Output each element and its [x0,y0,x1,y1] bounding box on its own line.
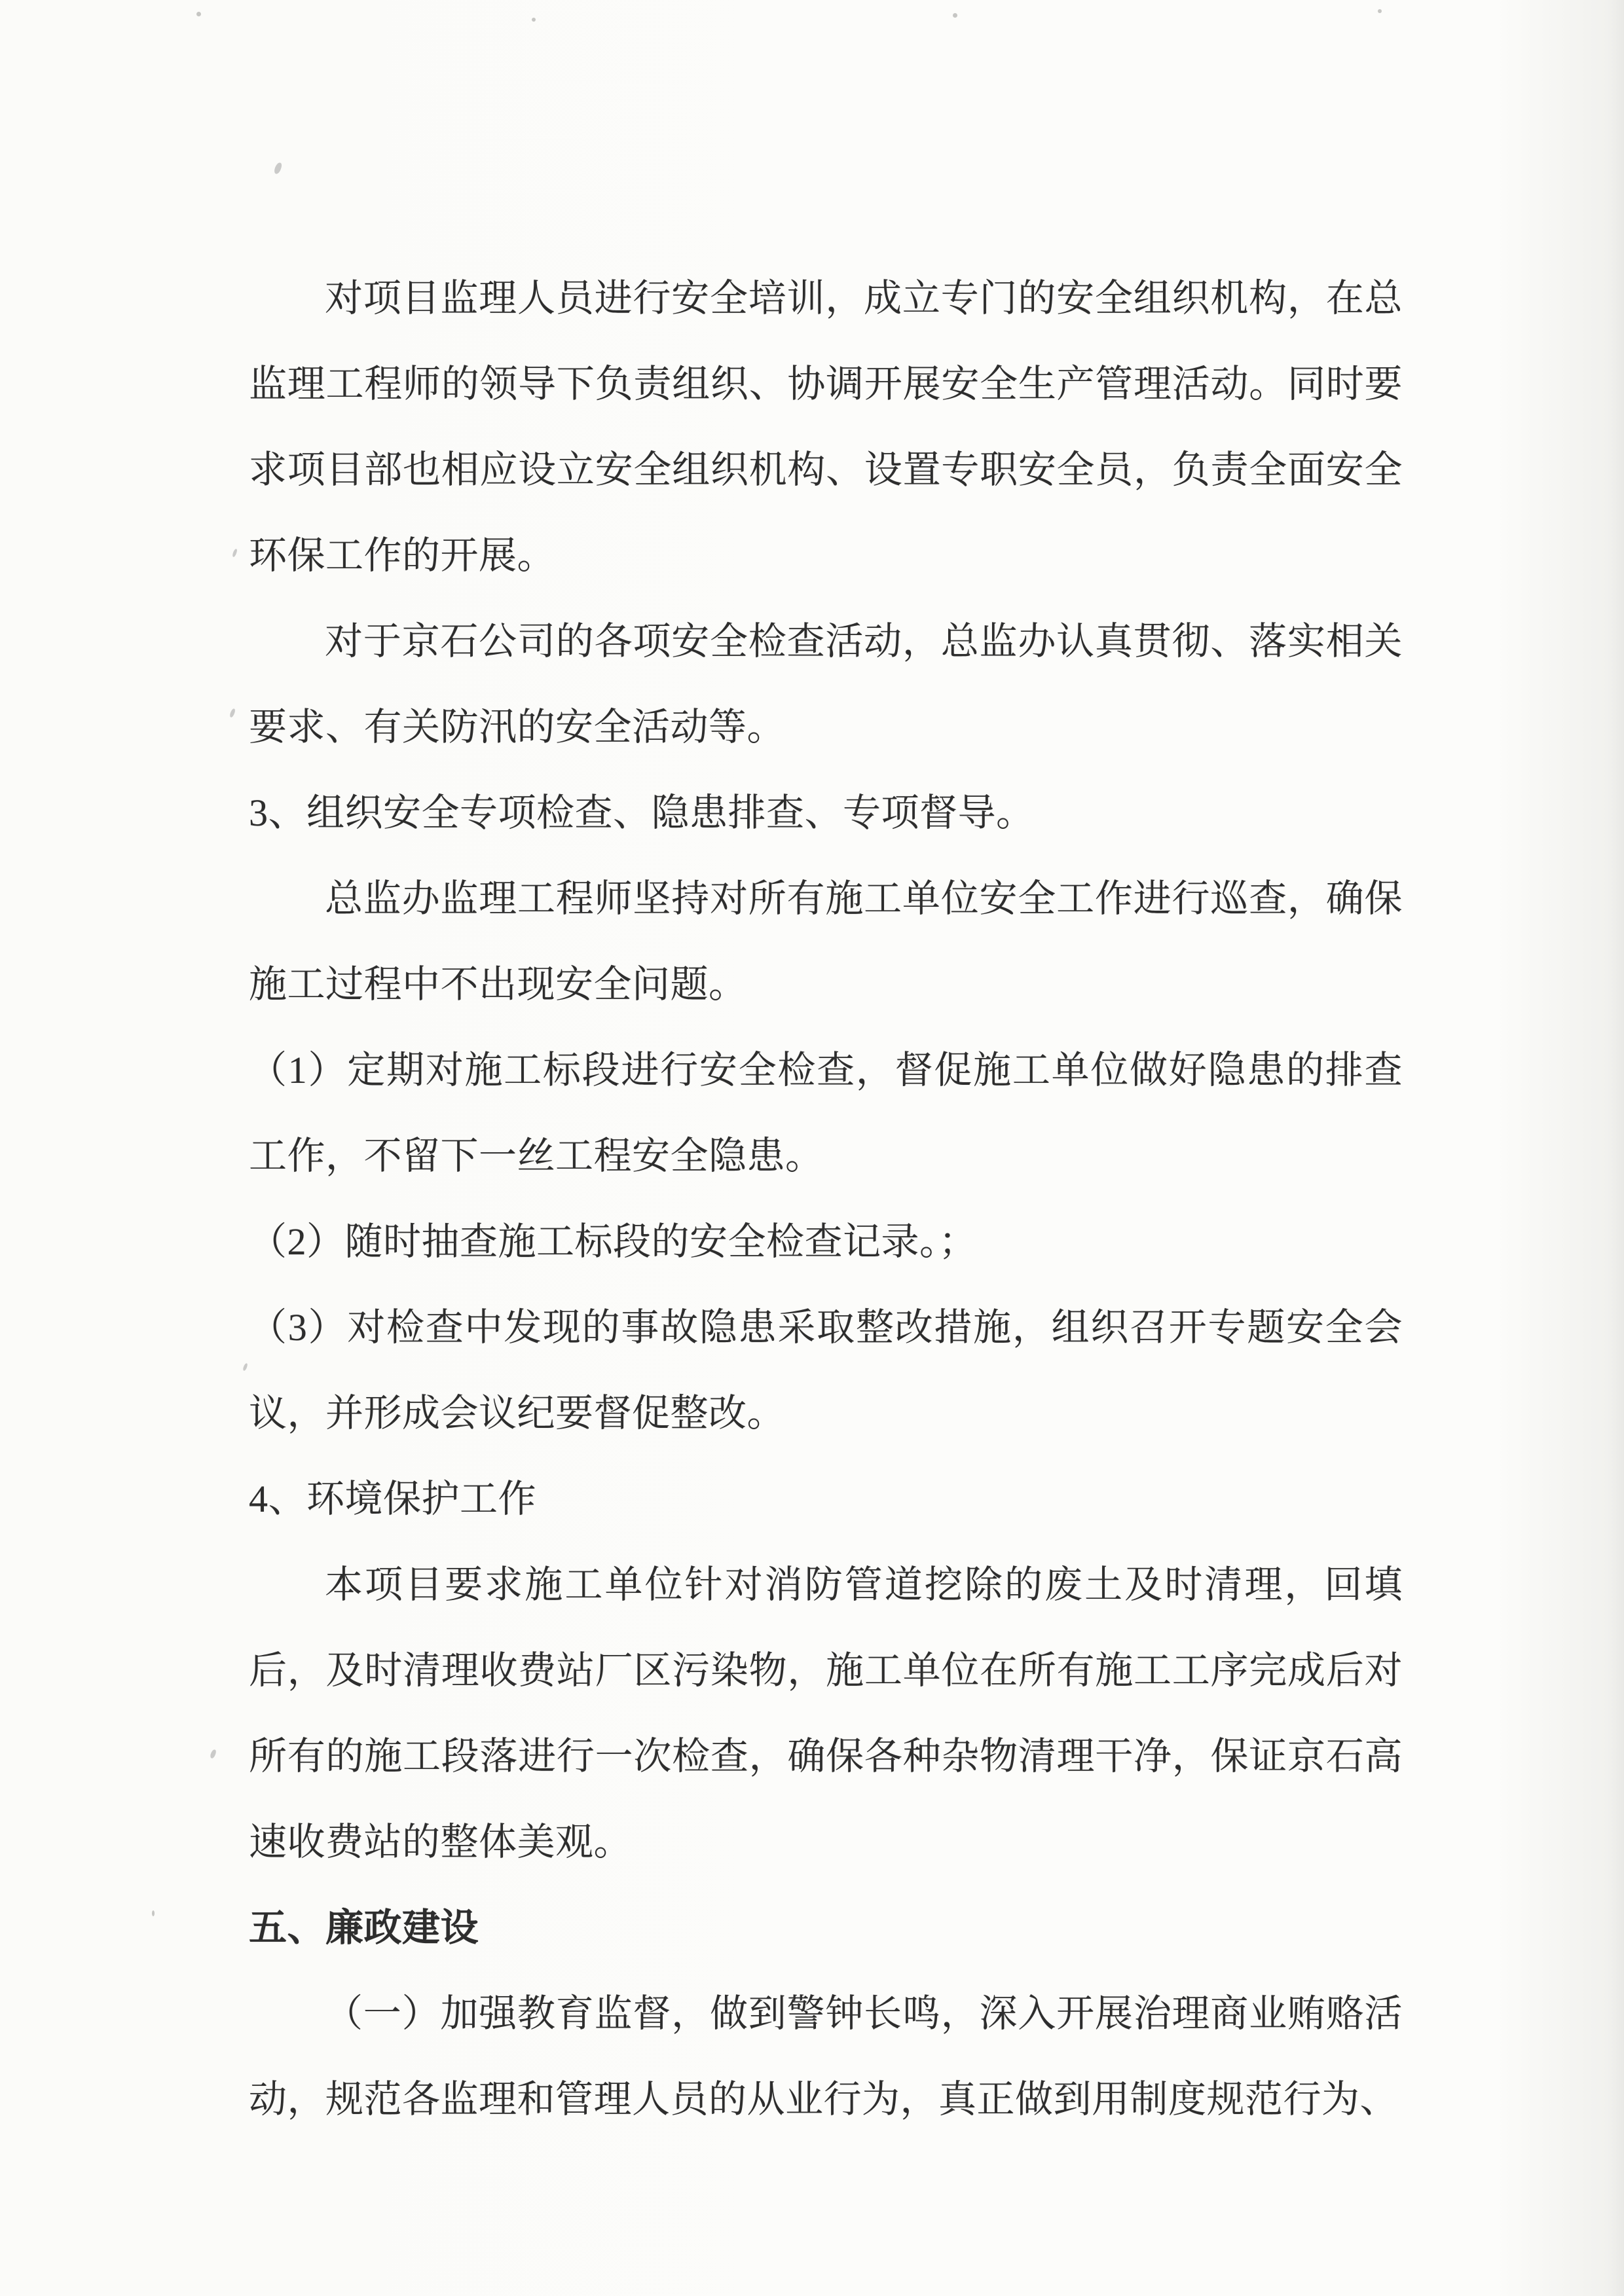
paragraph-jingshi-inspections: 对于京石公司的各项安全检查活动，总监办认真贯彻、落实相关要求、有关防汛的安全活动… [249,598,1403,770]
scan-speck [196,12,201,16]
scan-smudge [273,162,282,175]
scan-speck [532,18,536,22]
document-page: 对项目监理人员进行安全培训，成立专门的安全组织机构，在总监理工程师的领导下负责组… [0,0,1624,2296]
paragraph-safety-training: 对项目监理人员进行安全培训，成立专门的安全组织机构，在总监理工程师的领导下负责组… [249,255,1403,598]
list-item-3-rectification: （3）对检查中发现的事故隐患采取整改措施，组织召开专题安全会议，并形成会议纪要督… [249,1285,1403,1456]
document-body: 对项目监理人员进行安全培训，成立专门的安全组织机构，在总监理工程师的领导下负责组… [249,255,1403,2142]
item-3-special-inspections: 3、组织安全专项检查、隐患排查、专项督导。 [249,770,1403,856]
scan-speck [1231,1663,1234,1666]
scan-speck [1078,300,1081,303]
scan-smudge [242,1363,248,1372]
paragraph-patrol-inspections: 总监办监理工程师坚持对所有施工单位安全工作进行巡查，确保施工过程中不出现安全问题… [249,856,1403,1027]
item-4-environment-heading: 4、环境保护工作 [249,1456,1403,1542]
scan-speck [1378,9,1382,13]
paragraph-integrity-education: （一）加强教育监督，做到警钟长鸣，深入开展治理商业贿赂活动，规范各监理和管理人员… [249,1971,1403,2142]
scan-smudge [210,1749,217,1758]
list-item-1-periodic-checks: （1）定期对施工标段进行安全检查，督促施工单位做好隐患的排查工作，不留下一丝工程… [249,1027,1403,1199]
scan-smudge [229,708,236,718]
scan-speck [953,13,957,18]
section-5-integrity-heading: 五、廉政建设 [249,1885,1403,1971]
paragraph-environment-details: 本项目要求施工单位针对消防管道挖除的废土及时清理，回填后，及时清理收费站厂区污染… [249,1542,1403,1885]
scan-smudge [232,549,238,558]
list-item-2-spot-checks: （2）随时抽查施工标段的安全检查记录。； [249,1199,1403,1285]
scan-speck [152,1910,155,1916]
